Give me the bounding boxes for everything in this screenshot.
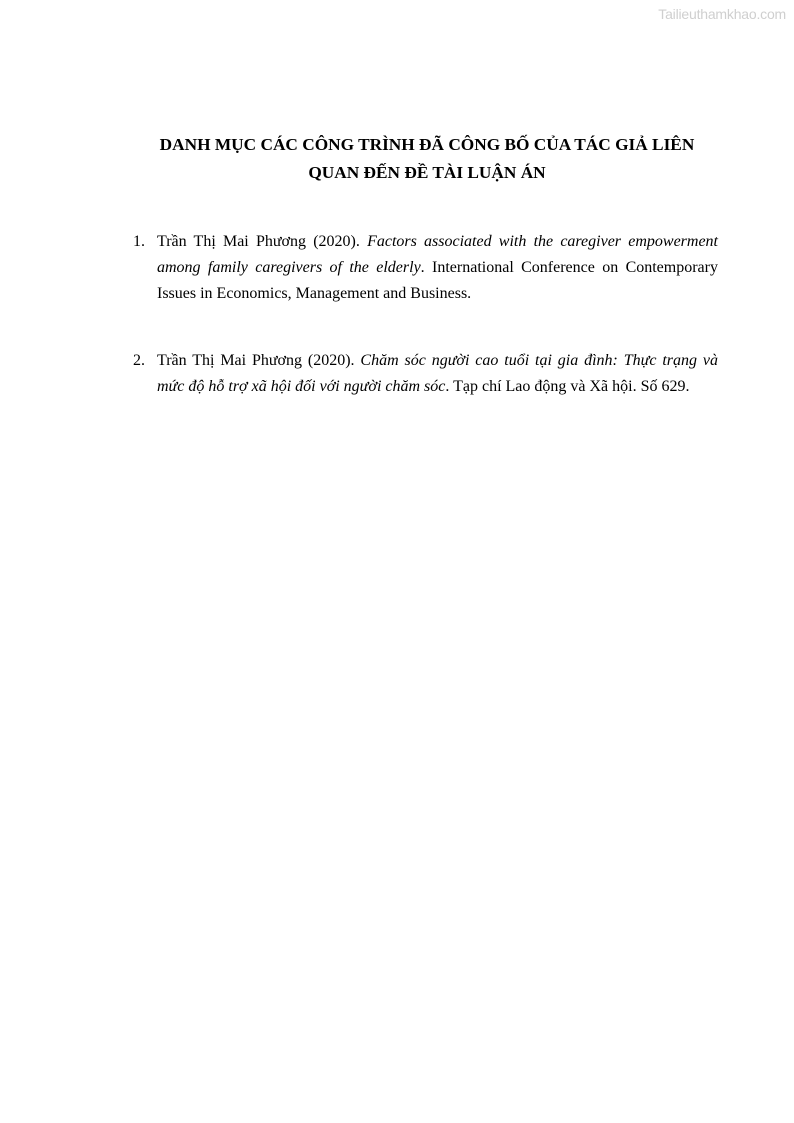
publication-item: 1. Trần Thị Mai Phương (2020). Factors a… (133, 229, 718, 307)
page-title: DANH MỤC CÁC CÔNG TRÌNH ĐÃ CÔNG BỐ CỦA T… (120, 131, 734, 187)
page-title-line-1: DANH MỤC CÁC CÔNG TRÌNH ĐÃ CÔNG BỐ CỦA T… (120, 131, 734, 159)
publication-author-year: Trần Thị Mai Phương (2020). (157, 352, 360, 369)
watermark: Tailieuthamkhao.com (658, 6, 786, 22)
publication-number: 1. (133, 229, 145, 255)
publication-venue: . Tạp chí Lao động và Xã hội. Số 629. (445, 378, 689, 395)
publication-item: 2. Trần Thị Mai Phương (2020). Chăm sóc … (133, 348, 718, 400)
publication-author-year: Trần Thị Mai Phương (2020). (157, 233, 367, 250)
publication-number: 2. (133, 348, 145, 374)
publication-citation: Trần Thị Mai Phương (2020). Factors asso… (157, 229, 718, 307)
publication-citation: Trần Thị Mai Phương (2020). Chăm sóc ngư… (157, 348, 718, 400)
page-title-line-2: QUAN ĐẾN ĐỀ TÀI LUẬN ÁN (120, 159, 734, 187)
